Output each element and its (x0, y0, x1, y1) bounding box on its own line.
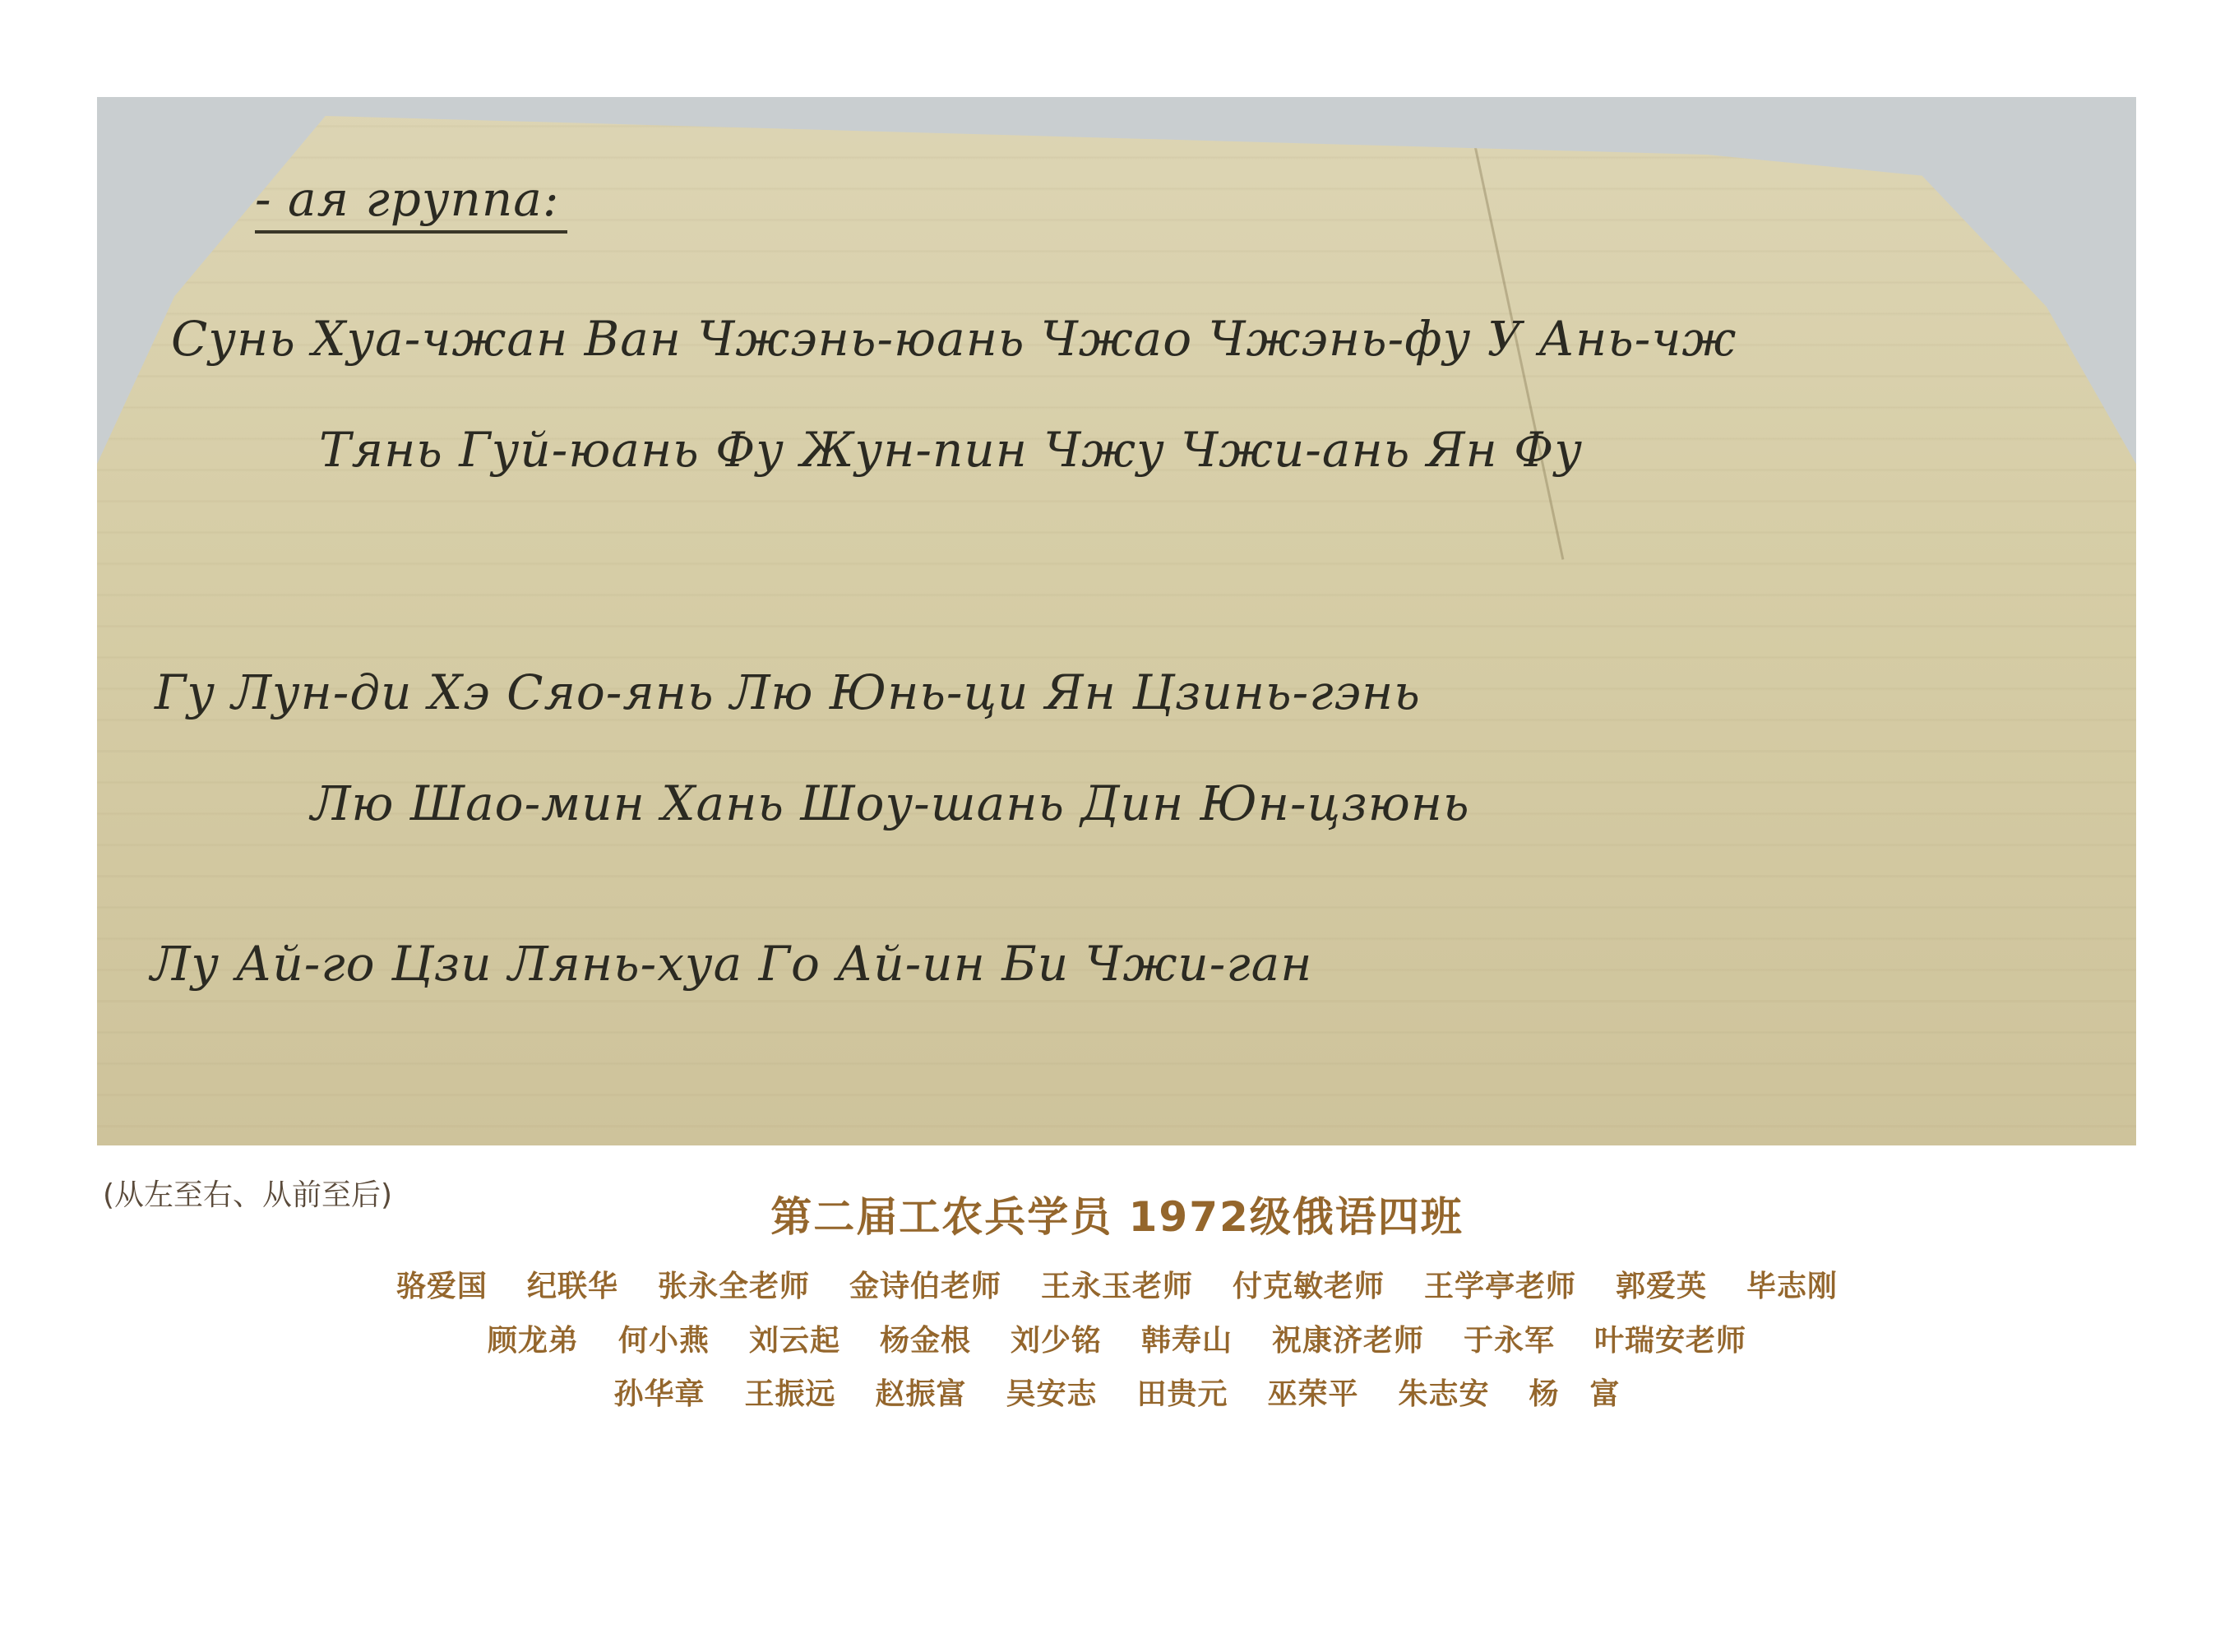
person-name: 祝康济老师 (1272, 1317, 1424, 1359)
person-name: 巫荣平 (1268, 1371, 1359, 1413)
person-name: 杨 富 (1529, 1371, 1621, 1413)
handwritten-line: Лю Шао-мин Хань Шоу-шань Дин Юн-цзюнь (311, 775, 1470, 831)
handwritten-paper: - ая группа: Сунь Хуа-чжан Ван Чжэнь-юан… (97, 97, 2136, 1145)
person-name: 刘云起 (749, 1317, 840, 1359)
person-name: 于永军 (1464, 1317, 1555, 1359)
name-row: 孙华章王振远赵振富吴安志田贵元巫荣平朱志安杨 富 (0, 1371, 2234, 1413)
person-name: 杨金根 (880, 1317, 971, 1359)
name-row: 骆爱国纪联华张永全老师金诗伯老师王永玉老师付克敏老师王学亭老师郭爱英毕志刚 (0, 1263, 2234, 1305)
person-name: 韩寿山 (1141, 1317, 1233, 1359)
handwritten-line: Сунь Хуа-чжан Ван Чжэнь-юань Чжао Чжэнь-… (171, 311, 1737, 367)
person-name: 付克敏老师 (1233, 1263, 1385, 1305)
person-name: 毕志刚 (1746, 1263, 1838, 1305)
handwritten-heading: - ая группа: (255, 171, 567, 234)
person-name: 骆爱国 (396, 1263, 488, 1305)
person-name: 王振远 (744, 1371, 835, 1413)
person-name: 刘少铭 (1011, 1317, 1102, 1359)
person-name: 郭爱英 (1616, 1263, 1707, 1305)
person-name: 金诗伯老师 (849, 1263, 1001, 1305)
person-name: 王学亭老师 (1424, 1263, 1576, 1305)
person-name: 王永玉老师 (1041, 1263, 1193, 1305)
name-row: 顾龙弟何小燕刘云起杨金根刘少铭韩寿山祝康济老师于永军叶瑞安老师 (0, 1317, 2234, 1359)
class-list-photo: - ая группа: Сунь Хуа-чжан Ван Чжэнь-юан… (97, 97, 2136, 1145)
person-name: 朱志安 (1399, 1371, 1490, 1413)
person-name: 吴安志 (1006, 1371, 1097, 1413)
person-name: 顾龙弟 (488, 1317, 579, 1359)
handwritten-line: Лу Ай-го Цзи Лянь-хуа Го Ай-ин Би Чжи-га… (150, 936, 1312, 992)
person-name: 纪联华 (527, 1263, 618, 1305)
person-name: 赵振富 (875, 1371, 966, 1413)
person-name: 田贵元 (1137, 1371, 1228, 1413)
person-name: 张永全老师 (658, 1263, 810, 1305)
person-name: 孙华章 (613, 1371, 705, 1413)
person-name: 何小燕 (618, 1317, 710, 1359)
person-name: 叶瑞安老师 (1594, 1317, 1746, 1359)
class-title: 第二届工农兵学员 1972级俄语四班 (0, 1184, 2234, 1243)
handwritten-line: Тянь Гуй-юань Фу Жун-пин Чжу Чжи-ань Ян … (319, 422, 1583, 478)
handwritten-line: Гу Лун-ди Хэ Сяо-янь Лю Юнь-ци Ян Цзинь-… (155, 664, 1421, 720)
